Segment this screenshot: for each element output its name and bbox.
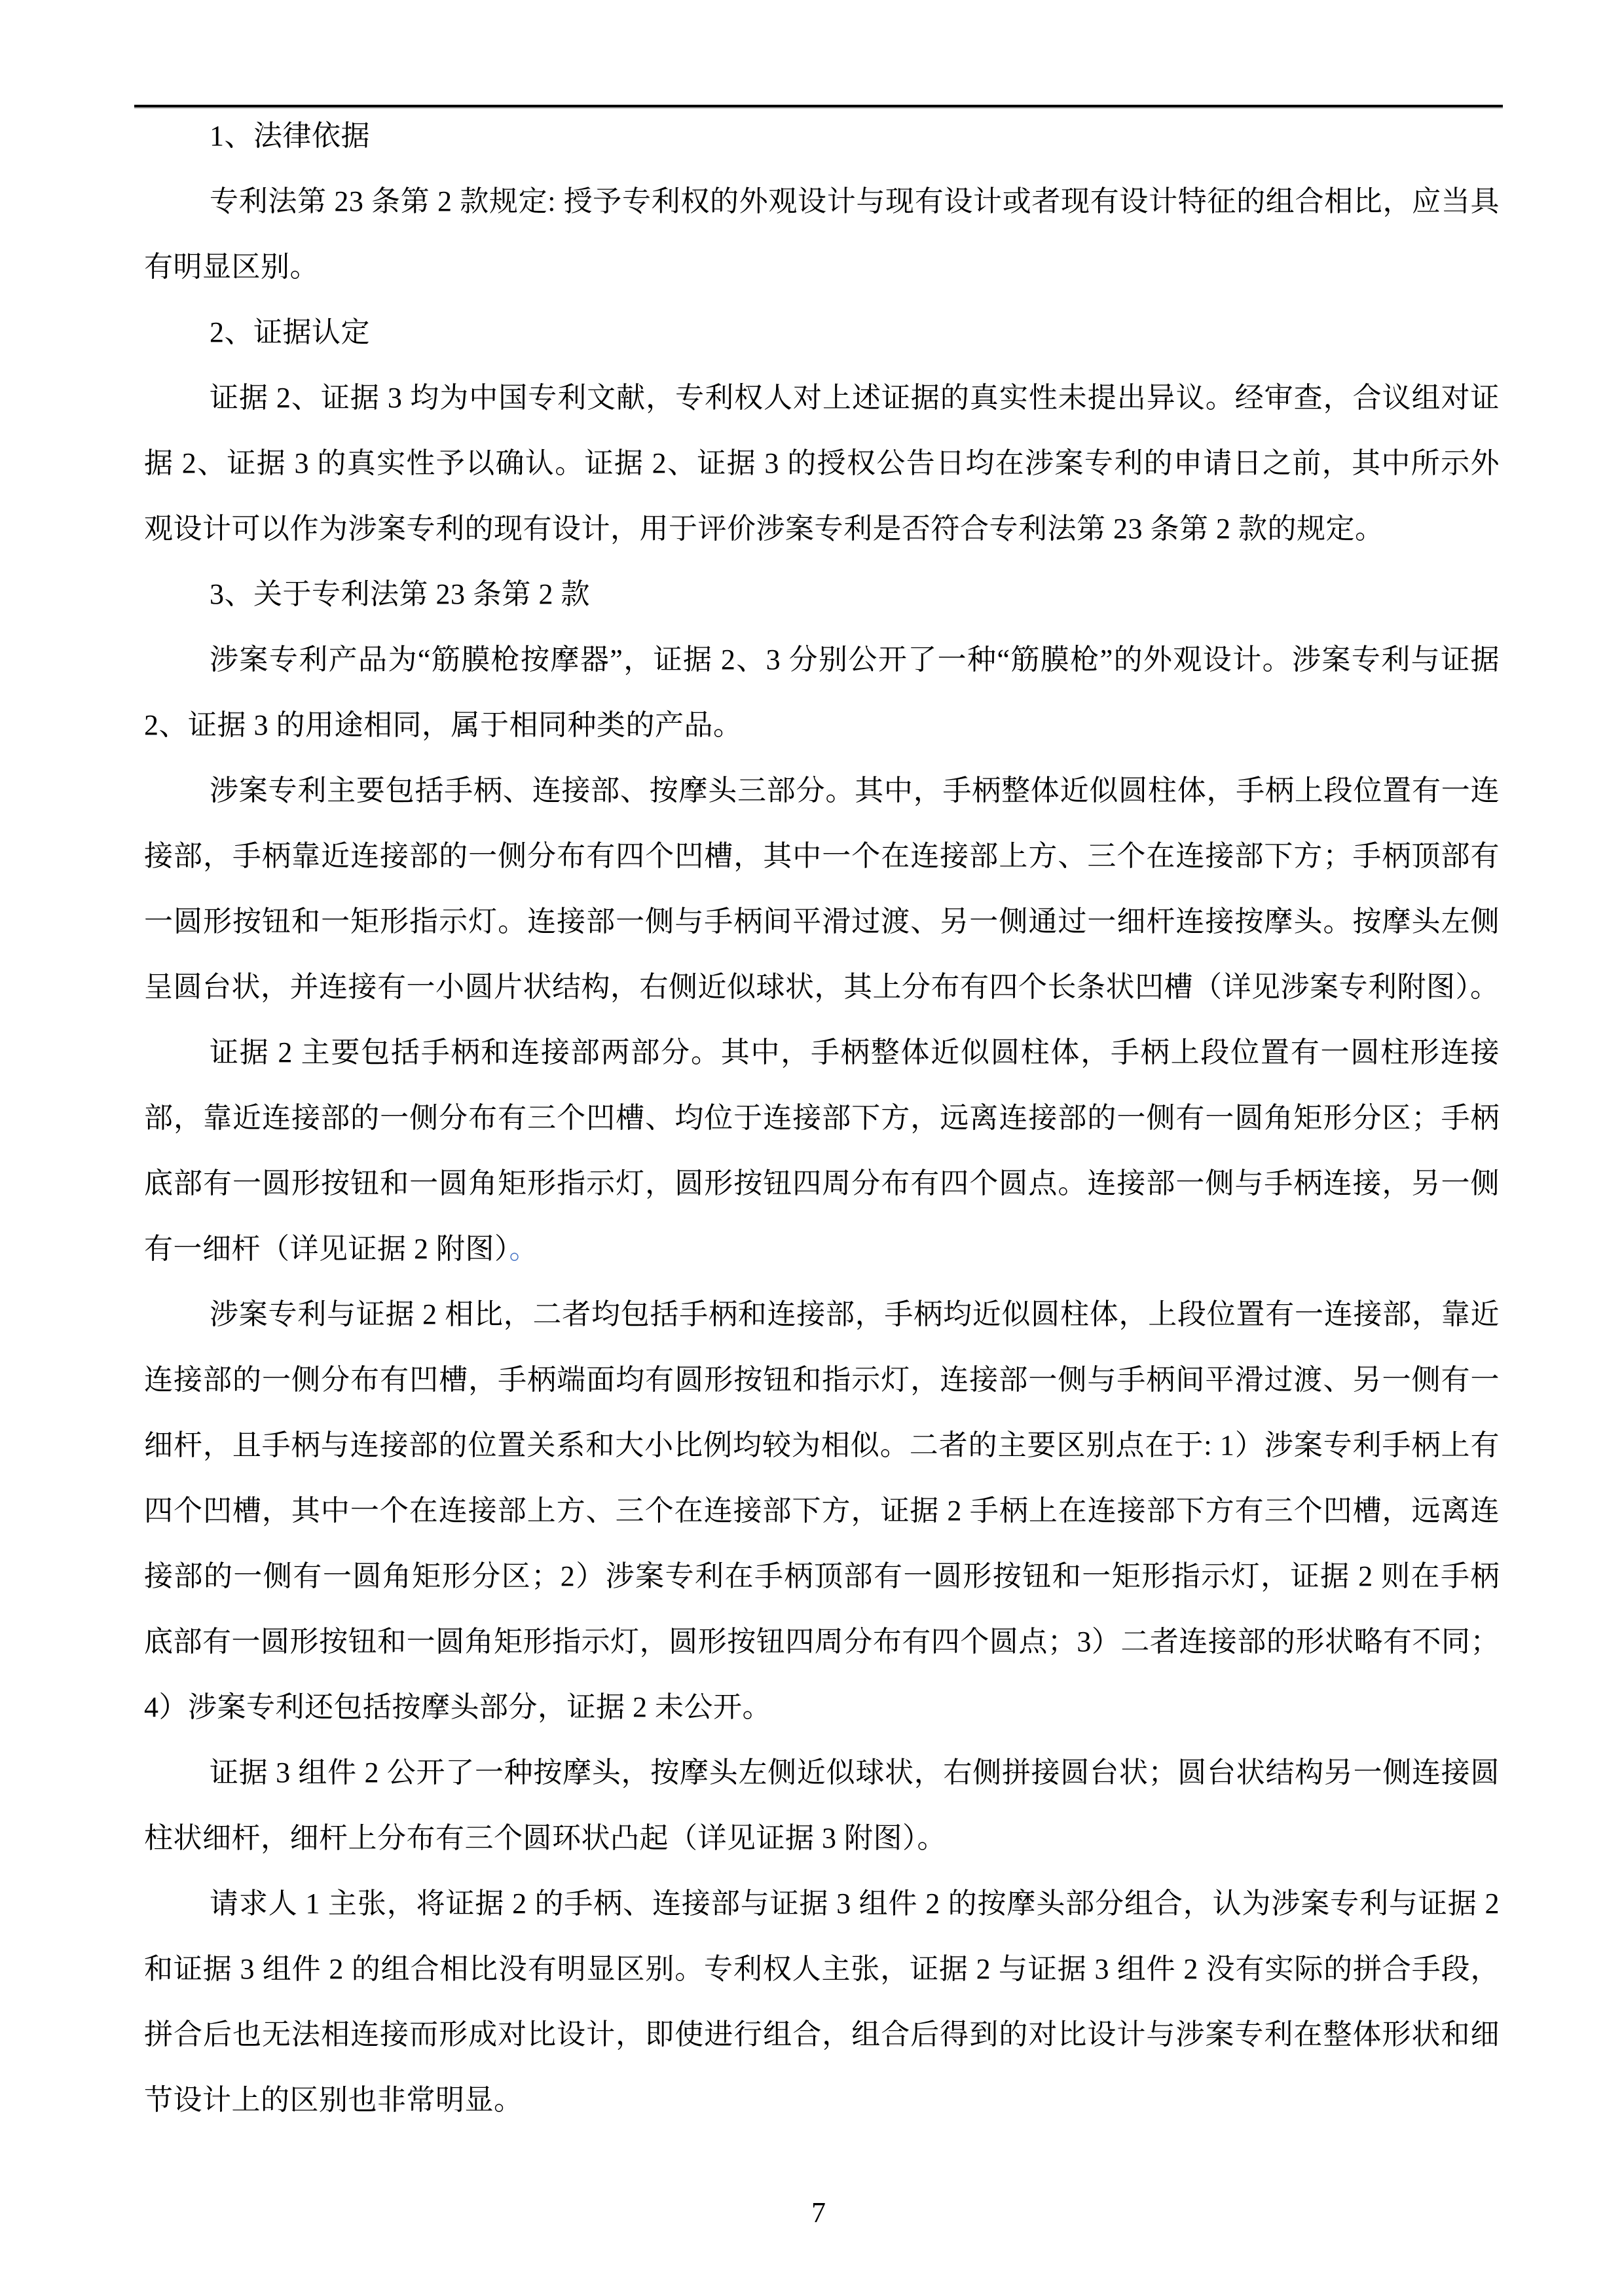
paragraph-evidence2-description: 证据 2 主要包括手柄和连接部两部分。其中，手柄整体近似圆柱体，手柄上段位置有一… bbox=[144, 1020, 1500, 1282]
paragraph-patent-description: 涉案专利主要包括手柄、连接部、按摩头三部分。其中，手柄整体近似圆柱体，手柄上段位… bbox=[144, 758, 1500, 1020]
page-number: 7 bbox=[811, 2196, 826, 2229]
page-footer: 7 bbox=[134, 2180, 1503, 2246]
paragraph-evidence-determination: 证据 2、证据 3 均为中国专利文献，专利权人对上述证据的真实性未提出异议。经审… bbox=[144, 365, 1500, 562]
document-page: 1、法律依据 专利法第 23 条第 2 款规定: 授予专利权的外观设计与现有设计… bbox=[0, 0, 1624, 2296]
section-heading-legal-basis: 1、法律依据 bbox=[144, 103, 1500, 169]
paragraph-text: 证据 2 主要包括手柄和连接部两部分。其中，手柄整体近似圆柱体，手柄上段位置有一… bbox=[144, 1036, 1500, 1265]
paragraph-product-category: 涉案专利产品为“筋膜枪按摩器”，证据 2、3 分别公开了一种“筋膜枪”的外观设计… bbox=[144, 627, 1500, 758]
document-body: 1、法律依据 专利法第 23 条第 2 款规定: 授予专利权的外观设计与现有设计… bbox=[144, 103, 1500, 2133]
section-heading-article-23: 3、关于专利法第 23 条第 2 款 bbox=[144, 562, 1500, 627]
blue-period-mark: 。 bbox=[509, 1233, 539, 1265]
paragraph-parties-arguments: 请求人 1 主张，将证据 2 的手柄、连接部与证据 3 组件 2 的按摩头部分组… bbox=[144, 1871, 1500, 2133]
paragraph-comparison-evidence2: 涉案专利与证据 2 相比，二者均包括手柄和连接部，手柄均近似圆柱体，上段位置有一… bbox=[144, 1282, 1500, 1740]
section-heading-evidence-determination: 2、证据认定 bbox=[144, 300, 1500, 365]
paragraph-legal-basis: 专利法第 23 条第 2 款规定: 授予专利权的外观设计与现有设计或者现有设计特… bbox=[144, 169, 1500, 300]
paragraph-evidence3-description: 证据 3 组件 2 公开了一种按摩头，按摩头左侧近似球状，右侧拼接圆台状；圆台状… bbox=[144, 1740, 1500, 1871]
